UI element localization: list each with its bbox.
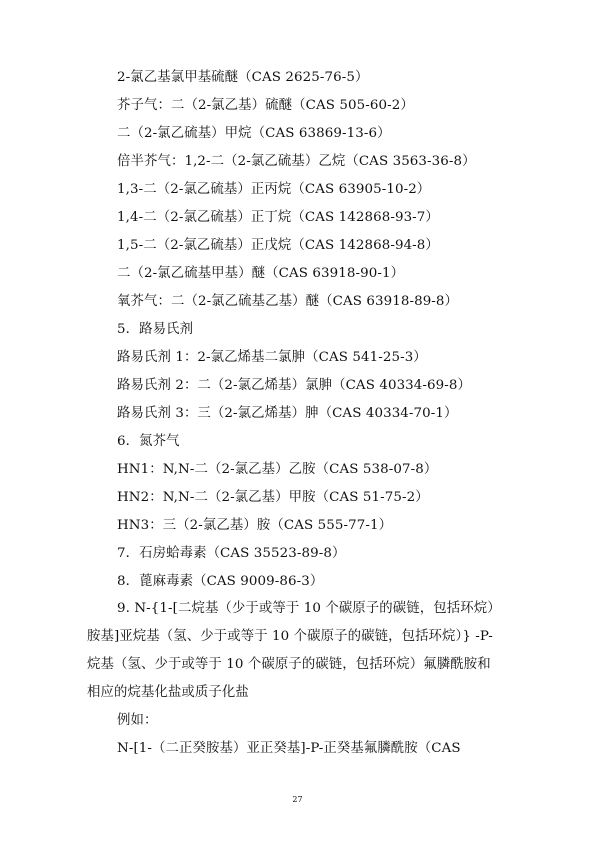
text-line: 1,3-二（2-氯乙硫基）正丙烷（CAS 63905-10-2） [117,181,430,199]
text-line: 倍半芥气：1,2-二（2-氯乙硫基）乙烷（CAS 3563-36-8） [117,153,476,171]
text-line: 路易氏剂 3：三（2-氯乙烯基）胂（CAS 40334-70-1） [117,405,458,423]
text-line: HN3：三（2-氯乙基）胺（CAS 555-77-1） [117,517,392,535]
text-line: 2-氯乙基氯甲基硫醚（CAS 2625-76-5） [117,69,368,87]
paragraph-9-line-1: 9. N-{1-[二烷基（少于或等于 10 个碳原子的碳链，包括环烷） [117,600,501,618]
section-heading-ricin: 8．蓖麻毒素（CAS 9009-86-3） [117,573,323,591]
text-line: HN2：N,N-二（2-氯乙基）甲胺（CAS 51-75-2） [117,489,429,507]
paragraph-9-line-3: 烷基（氢、少于或等于 10 个碳原子的碳链，包括环烷）氟膦酰胺和 [87,656,491,674]
text-line: 氧芥气：二（2-氯乙硫基乙基）醚（CAS 63918-89-8） [117,293,458,311]
section-heading-lewisite: 5．路易氏剂 [117,321,193,339]
text-line: 1,4-二（2-氯乙硫基）正丁烷（CAS 142868-93-7） [117,209,439,227]
text-line: 路易氏剂 1：2-氯乙烯基二氯胂（CAS 541-25-3） [117,349,427,367]
document-page: 2-氯乙基氯甲基硫醚（CAS 2625-76-5） 芥子气：二（2-氯乙基）硫醚… [0,0,595,841]
text-line: 二（2-氯乙硫基甲基）醚（CAS 63918-90-1） [117,265,404,283]
paragraph-9-line-2: 胺基]亚烷基（氢、少于或等于 10 个碳原子的碳链，包括环烷）} -P- [87,628,493,646]
text-line: HN1：N,N-二（2-氯乙基）乙胺（CAS 538-07-8） [117,461,437,479]
section-heading-nitrogen-mustard: 6．氮芥气 [117,433,180,451]
section-heading-saxitoxin: 7．石房蛤毒素（CAS 35523-89-8） [117,545,346,563]
paragraph-9-line-4: 相应的烷基化盐或质子化盐 [87,684,249,702]
example-line: N-[1-（二正癸胺基）亚正癸基]-P-正癸基氟膦酰胺（CAS [117,740,461,758]
text-line: 路易氏剂 2：二（2-氯乙烯基）氯胂（CAS 40334-69-8） [117,377,471,395]
text-line: 1,5-二（2-氯乙硫基）正戊烷（CAS 142868-94-8） [117,237,439,255]
text-line: 芥子气：二（2-氯乙基）硫醚（CAS 505-60-2） [117,97,414,115]
text-line: 二（2-氯乙硫基）甲烷（CAS 63869-13-6） [117,125,391,143]
example-label: 例如： [117,712,157,730]
page-number: 27 [0,795,595,804]
